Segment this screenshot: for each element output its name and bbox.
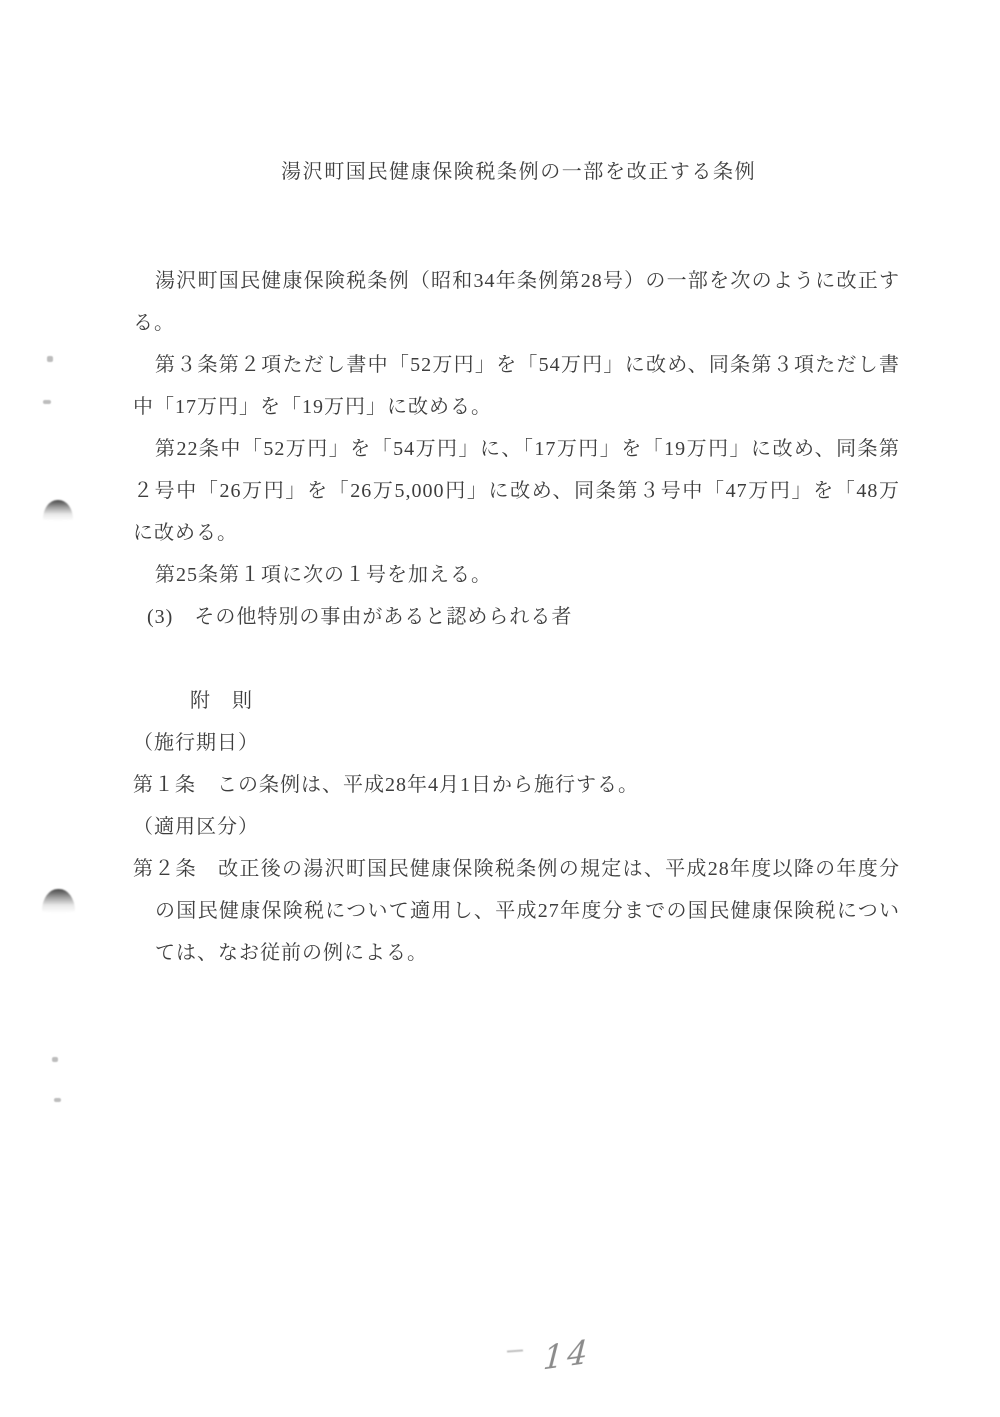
scan-speck [54,1098,61,1102]
article3-amendment-line-1: 第３条第２項ただし書中「52万円」を「54万円」に改め、同条第３項ただし書 [133,344,900,386]
article22-amendment-line-2: ２号中「26万円」を「26万5,000円」に改め、同条第３号中「47万円」を「4… [133,470,900,512]
binder-hole-shadow-top [43,500,73,521]
scan-speck [52,1057,58,1062]
enforcement-date-label: （施行期日） [133,722,900,764]
article25-amendment-line: 第25条第１項に次の１号を加える。 [133,554,900,596]
supplementary-article1-line: 第１条 この条例は、平成28年4月1日から施行する。 [133,764,900,806]
scan-speck [43,400,51,404]
supplementary-provisions-heading: 附 則 [133,680,900,722]
binder-hole-shadow-bottom [42,889,75,913]
application-category-label: （適用区分） [133,806,900,848]
scan-speck [47,356,53,362]
handwritten-page-number: 14 [542,1332,593,1378]
article3-amendment-line-2: 中「17万円」を「19万円」に改める。 [133,386,900,428]
blank-line-spacer [133,638,900,680]
supplementary-article2-line-2: の国民健康保険税について適用し、平成27年度分までの国民健康保険税につい [133,890,900,932]
pencil-mark [507,1349,523,1352]
page-title: 湯沢町国民健康保険税条例の一部を改正する条例 [281,155,756,184]
supplementary-article2-line-3: ては、なお従前の例による。 [133,932,900,974]
intro-paragraph-line-2: る。 [133,302,900,344]
article22-amendment-line-3: に改める。 [133,512,900,554]
supplementary-article2-line-1: 第２条 改正後の湯沢町国民健康保険税条例の規定は、平成28年度以降の年度分 [133,848,900,890]
scanned-ordinance-page: 湯沢町国民健康保険税条例の一部を改正する条例 湯沢町国民健康保険税条例（昭和34… [0,0,1000,1417]
added-item-3-line: (3) その他特別の事由があると認められる者 [133,596,900,638]
article22-amendment-line-1: 第22条中「52万円」を「54万円」に、「17万円」を「19万円」に改め、同条第 [133,428,900,470]
intro-paragraph-line-1: 湯沢町国民健康保険税条例（昭和34年条例第28号）の一部を次のように改正す [133,260,900,302]
document-body: 湯沢町国民健康保険税条例（昭和34年条例第28号）の一部を次のように改正す る。… [133,260,900,974]
